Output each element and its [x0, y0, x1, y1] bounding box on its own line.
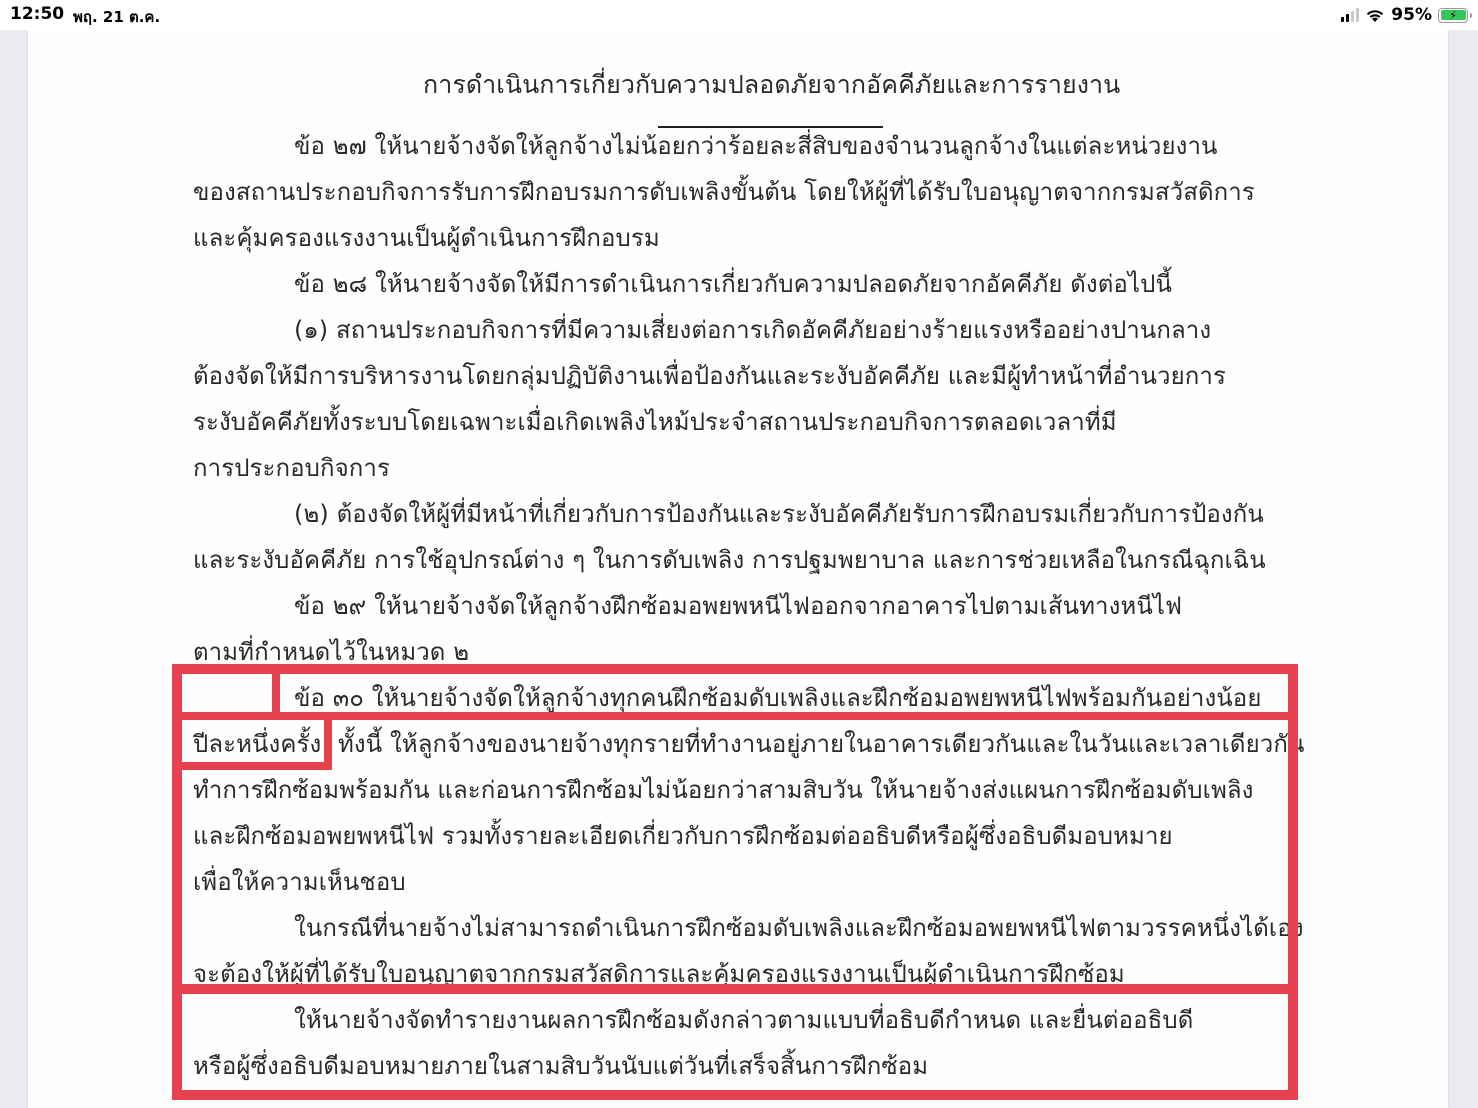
cellular-signal-icon	[1341, 8, 1359, 22]
section-27-line-3: และคุ้มครองแรงงานเป็นผู้ดำเนินการฝึกอบรม	[193, 226, 660, 250]
status-bar: 12:50 พฤ. 21 ต.ค. 95% ⚡	[0, 0, 1478, 30]
status-time: 12:50	[10, 4, 64, 24]
section-28-item-1-line-3: ระงับอัคคีภัยทั้งระบบโดยเฉพาะเมื่อเกิดเพ…	[193, 410, 1117, 434]
section-29-line-1: ข้อ ๒๙ ให้นายจ้างจัดให้ลูกจ้างฝึกซ้อมอพย…	[294, 594, 1182, 618]
document-title: การดำเนินการเกี่ยวกับความปลอดภัยจากอัคคี…	[423, 72, 1120, 97]
section-27-line-2: ของสถานประกอบกิจการรับการฝึกอบรมการดับเพ…	[193, 180, 1255, 204]
section-28-item-1-line-1: (๑) สถานประกอบกิจการที่มีความเสี่ยงต่อกา…	[294, 318, 1211, 342]
section-27-line-1: ข้อ ๒๗ ให้นายจ้างจัดให้ลูกจ้างไม่น้อยกว่…	[294, 134, 1218, 158]
section-30-line-5: เพื่อให้ความเห็นชอบ	[193, 870, 406, 894]
section-28-item-2-line-1: (๒) ต้องจัดให้ผู้ที่มีหน้าที่เกี่ยวกับกา…	[294, 502, 1264, 526]
status-date: พฤ. 21 ต.ค.	[73, 5, 160, 29]
section-30-line-4: และฝึกซ้อมอพยพหนีไฟ รวมทั้งรายละเอียดเกี…	[193, 824, 1173, 848]
section-28-item-1-line-4: การประกอบกิจการ	[193, 456, 390, 480]
battery-charging-icon: ⚡	[1438, 8, 1468, 23]
section-29-line-2: ตามที่กำหนดไว้ในหมวด ๒	[193, 640, 469, 664]
highlight-box-report-paragraph	[172, 984, 1298, 1100]
section-30-para-2-line-1: ในกรณีที่นายจ้างไม่สามารถดำเนินการฝึกซ้อ…	[294, 916, 1304, 940]
section-30-line-1: ข้อ ๓๐ ให้นายจ้างจัดให้ลูกจ้างทุกคนฝึกซ้…	[294, 686, 1262, 710]
section-30-para-3-line-2: หรือผู้ซึ่งอธิบดีมอบหมายภายในสามสิบวันนั…	[193, 1054, 928, 1078]
battery-percent: 95%	[1391, 5, 1432, 25]
section-30-line-2: ทั้งนี้ ให้ลูกจ้างของนายจ้างทุกรายที่ทำง…	[338, 732, 1304, 756]
section-30-once-a-year: ปีละหนึ่งครั้ง	[193, 732, 321, 756]
section-30-para-2-line-2: จะต้องให้ผู้ที่ได้รับใบอนุญาตจากกรมสวัสด…	[193, 962, 1125, 986]
section-30-line-3: ทำการฝึกซ้อมพร้อมกัน และก่อนการฝึกซ้อมไม…	[193, 778, 1254, 802]
section-30-para-3-line-1: ให้นายจ้างจัดทำรายงานผลการฝึกซ้อมดังกล่า…	[294, 1008, 1193, 1032]
document-page[interactable]: การดำเนินการเกี่ยวกับความปลอดภัยจากอัคคี…	[28, 30, 1448, 1108]
wifi-icon	[1365, 8, 1385, 23]
section-28-item-2-line-2: และระงับอัคคีภัย การใช้อุปกรณ์ต่าง ๆ ในก…	[193, 548, 1266, 572]
status-indicators: 95% ⚡	[1341, 4, 1468, 26]
section-28-line-1: ข้อ ๒๘ ให้นายจ้างจัดให้มีการดำเนินการเกี…	[294, 272, 1172, 296]
title-underline	[658, 126, 883, 128]
section-28-item-1-line-2: ต้องจัดให้มีการบริหารงานโดยกลุ่มปฏิบัติง…	[193, 364, 1226, 388]
